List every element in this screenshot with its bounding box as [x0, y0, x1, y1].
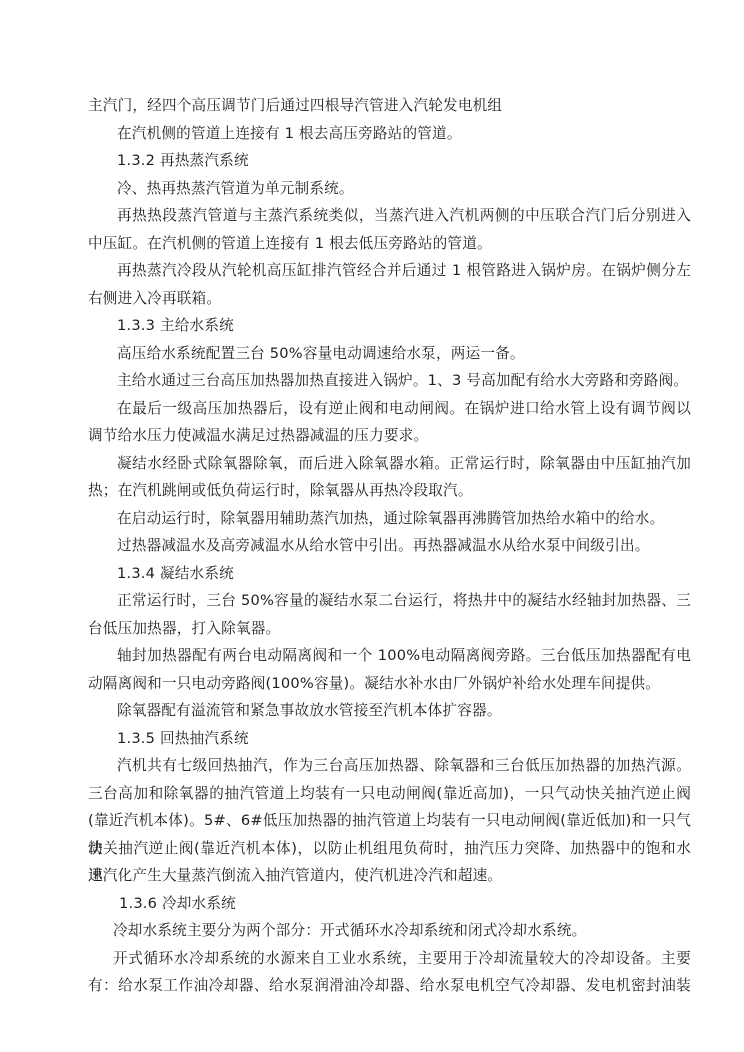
paragraph-line: 再热蒸汽冷段从汽轮机高压缸排汽管经合并后通过 1 根管路进入锅炉房。在锅炉侧分左 — [88, 257, 691, 285]
section-heading-1-3-3: 1.3.3 主给水系统 — [88, 312, 691, 340]
paragraph-line: 主给水通过三台高压加热器加热直接进入锅炉。1、3 号高加配有给水大旁路和旁路阀。 — [88, 367, 691, 395]
paragraph-line: 在启动运行时，除氧器用辅助蒸汽加热，通过除氧器再沸腾管加热给水箱中的给水。 — [88, 505, 691, 533]
paragraph-line: 冷却水系统主要分为两个部分：开式循环水冷却系统和闭式冷却水系统。 — [88, 917, 691, 945]
section-heading-1-3-6: 1.3.6 冷却水系统 — [88, 890, 691, 918]
section-heading-1-3-4: 1.3.4 凝结水系统 — [88, 560, 691, 588]
paragraph-line: 凝结水经卧式除氧器除氧，而后进入除氧器水箱。正常运行时，除氧器由中压缸抽汽加 — [88, 450, 691, 478]
paragraph-line: 速汽化产生大量蒸汽倒流入抽汽管道内，使汽机进冷汽和超速。 — [88, 862, 691, 890]
paragraph-line: 开式循环水冷却系统的水源来自工业水系统，主要用于冷却流量较大的冷却设备。主要 — [88, 945, 691, 973]
paragraph-line: 冷、热再热蒸汽管道为单元制系统。 — [88, 175, 691, 203]
paragraph-line: 台低压加热器，打入除氧器。 — [88, 615, 691, 643]
paragraph-line: 过热器减温水及高旁减温水从给水管中引出。再热器减温水从给水泵中间级引出。 — [88, 532, 691, 560]
paragraph-line: 快关抽汽逆止阀(靠近汽机本体)，以防止机组甩负荷时，抽汽压力突降、加热器中的饱和… — [88, 835, 691, 863]
paragraph-line: 在汽机侧的管道上连接有 1 根去高压旁路站的管道。 — [88, 120, 691, 148]
section-heading-1-3-5: 1.3.5 回热抽汽系统 — [88, 725, 691, 753]
paragraph-line: 动隔离阀和一只电动旁路阀(100%容量)。凝结水补水由厂外锅炉补给水处理车间提供… — [88, 670, 691, 698]
paragraph-line: 有：给水泵工作油冷却器、给水泵润滑油冷却器、给水泵电机空气冷却器、发电机密封油装 — [88, 972, 691, 1000]
paragraph-line: 中压缸。在汽机侧的管道上连接有 1 根去低压旁路站的管道。 — [88, 230, 691, 258]
paragraph-line: 右侧进入冷再联箱。 — [88, 285, 691, 313]
paragraph-line: 热；在汽机跳闸或低负荷运行时，除氧器从再热冷段取汽。 — [88, 477, 691, 505]
paragraph-line: 正常运行时，三台 50%容量的凝结水泵二台运行，将热井中的凝结水经轴封加热器、三 — [88, 587, 691, 615]
paragraph-line: 调节给水压力使减温水满足过热器减温的压力要求。 — [88, 422, 691, 450]
paragraph-line: 高压给水系统配置三台 50%容量电动调速给水泵，两运一备。 — [88, 340, 691, 368]
paragraph-line: 在最后一级高压加热器后，设有逆止阀和电动闸阀。在锅炉进口给水管上设有调节阀以 — [88, 395, 691, 423]
paragraph-line: 主汽门，经四个高压调节门后通过四根导汽管进入汽轮发电机组 — [88, 92, 691, 120]
paragraph-line: 除氧器配有溢流管和紧急事故放水管接至汽机本体扩容器。 — [88, 697, 691, 725]
document-page: 主汽门，经四个高压调节门后通过四根导汽管进入汽轮发电机组 在汽机侧的管道上连接有… — [88, 92, 691, 1000]
paragraph-line: 轴封加热器配有两台电动隔离阀和一个 100%电动隔离阀旁路。三台低压加热器配有电 — [88, 642, 691, 670]
paragraph-line: 再热热段蒸汽管道与主蒸汽系统类似，当蒸汽进入汽机两侧的中压联合汽门后分别进入 — [88, 202, 691, 230]
paragraph-line: (靠近汽机本体)。5#、6#低压加热器的抽汽管道上均装有一只电动闸阀(靠近低加)… — [88, 807, 691, 835]
paragraph-line: 三台高加和除氧器的抽汽管道上均装有一只电动闸阀(靠近高加)，一只气动快关抽汽逆止… — [88, 780, 691, 808]
section-heading-1-3-2: 1.3.2 再热蒸汽系统 — [88, 147, 691, 175]
paragraph-line: 汽机共有七级回热抽汽，作为三台高压加热器、除氧器和三台低压加热器的加热汽源。 — [88, 752, 691, 780]
